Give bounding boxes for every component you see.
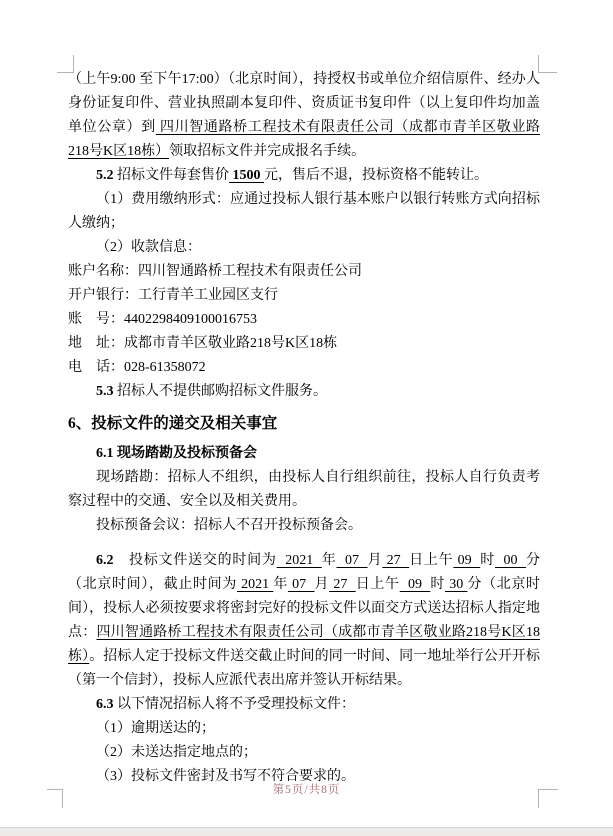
text-run: 月: [368, 553, 383, 568]
account-number-line: 账 号：4402298409100016753: [68, 308, 540, 332]
text-run: 年: [322, 553, 337, 568]
pre-bid-meeting-paragraph: 投标预备会议：招标人不召开投标预备会。: [68, 514, 540, 538]
blank-day-1: 27: [382, 553, 409, 568]
clause-number: 6.1: [96, 446, 114, 461]
text-run: 月: [315, 577, 330, 592]
site-visit-paragraph: 现场踏勘：招标人不组织，由投标人自行组织前往，投标人自行负责考察过程中的交通、安…: [68, 466, 540, 514]
page-footer: 第5页/共8页: [0, 781, 613, 797]
clause-6-2: 6.2 投标文件送交的时间为 2021 年 07 月 27 日上午 09 时 0…: [68, 549, 540, 693]
paragraph-5-1-continuation: （上午9:00 至下午17:00）（北京时间），持授权书或单位介绍信原件、经办人…: [68, 68, 540, 164]
field-label: 账户名称：: [68, 264, 138, 279]
page-number: 第5页/共8页: [273, 784, 341, 796]
clause-number: 5.3: [96, 384, 114, 399]
text-run: 投标预备会议：招标人不召开投标预备会。: [96, 518, 362, 533]
rejection-item-2: （2）未送达指定地点的；: [68, 741, 540, 765]
field-value: 028-61358072: [124, 360, 206, 375]
text-run: 现场踏勘：招标人不组织，由投标人自行组织前往，投标人自行负责考察过程中的交通、安…: [68, 470, 540, 509]
field-value: 成都市青羊区敬业路218号K区18栋: [124, 336, 337, 351]
text-run: （1）逾期送达的；: [96, 721, 215, 736]
text-run: （2）收款信息：: [96, 240, 201, 255]
blank-hour-2: 09: [400, 577, 431, 592]
fee-item-1: （1）费用缴纳形式：应通过投标人银行基本账户以银行转账方式向招标人缴纳；: [68, 188, 540, 236]
text-run: 时: [480, 553, 495, 568]
blank-minute-2: 30: [445, 577, 467, 592]
text-run: 领取招标文件并完成报名手续。: [169, 144, 365, 159]
text-run: 元，售后不退，投标资格不能转让。: [264, 168, 488, 183]
document-content: （上午9:00 至下午17:00）（北京时间），持授权书或单位介绍信原件、经办人…: [68, 68, 540, 789]
fee-item-2: （2）收款信息：: [68, 236, 540, 260]
blank-minute-1: 00: [495, 553, 526, 568]
text-run: 时: [430, 577, 445, 592]
text-run: 招标文件每套售价: [114, 168, 230, 183]
field-value: 四川智通路桥工程技术有限责任公司: [138, 264, 362, 279]
blank-day-2: 27: [329, 577, 356, 592]
address-line: 地 址：成都市青羊区敬业路218号K区18栋: [68, 332, 540, 356]
price-blank: 1500: [229, 168, 264, 183]
blank-year-2: 2021: [237, 577, 273, 592]
heading-text: 6、投标文件的递交及相关事宜: [68, 415, 277, 432]
rejection-item-1: （1）逾期送达的；: [68, 717, 540, 741]
clause-5-3: 5.3 招标人不提供邮购招标文件服务。: [68, 380, 540, 404]
field-label: 电 话：: [68, 360, 124, 375]
subsection-6-1-heading: 6.1 现场踏勘及投标预备会: [68, 442, 540, 466]
blank-hour-1: 09: [453, 553, 480, 568]
document-page: （上午9:00 至下午17:00）（北京时间），持授权书或单位介绍信原件、经办人…: [0, 0, 613, 836]
field-value: 4402298409100016753: [124, 312, 257, 327]
phone-line: 电 话：028-61358072: [68, 356, 540, 380]
text-run: 日上午: [356, 577, 400, 592]
bank-line: 开户银行：工行青羊工业园区支行: [68, 284, 540, 308]
field-label: 地 址：: [68, 336, 124, 351]
blank-month-1: 07: [337, 553, 368, 568]
clause-number: 6.2: [96, 553, 114, 568]
crop-mark-top-right: [538, 55, 557, 73]
text-run: 日上午: [409, 553, 453, 568]
text-run: 招标人不提供邮购招标文件服务。: [114, 384, 328, 399]
clause-5-2: 5.2 招标文件每套售价 1500 元，售后不退，投标资格不能转让。: [68, 164, 540, 188]
section-6-heading: 6、投标文件的递交及相关事宜: [68, 410, 540, 438]
account-name-line: 账户名称：四川智通路桥工程技术有限责任公司: [68, 260, 540, 284]
page-break-strip: [0, 827, 613, 836]
clause-number: 6.3: [96, 697, 114, 712]
field-value: 工行青羊工业园区支行: [138, 288, 278, 303]
text-run: （1）费用缴纳形式：应通过投标人银行基本账户以银行转账方式向招标人缴纳；: [68, 192, 540, 231]
text-run: （2）未送达指定地点的；: [96, 745, 257, 760]
field-label: 开户银行：: [68, 288, 138, 303]
text-run: 。招标人定于投标文件送交截止时间的同一时间、同一地址举行公开开标（第一个信封），…: [68, 649, 540, 688]
clause-6-3: 6.3 以下情况招标人将不予受理投标文件：: [68, 693, 540, 717]
text-run: 以下情况招标人将不予受理投标文件：: [114, 697, 356, 712]
field-label: 账 号：: [68, 312, 124, 327]
blank-year-1: 2021: [277, 553, 322, 568]
text-run: 投标文件送交的时间为: [114, 553, 277, 568]
blank-month-2: 07: [288, 577, 315, 592]
clause-number: 5.2: [96, 168, 114, 183]
text-run: 年: [273, 577, 288, 592]
heading-text: 现场踏勘及投标预备会: [114, 446, 258, 461]
